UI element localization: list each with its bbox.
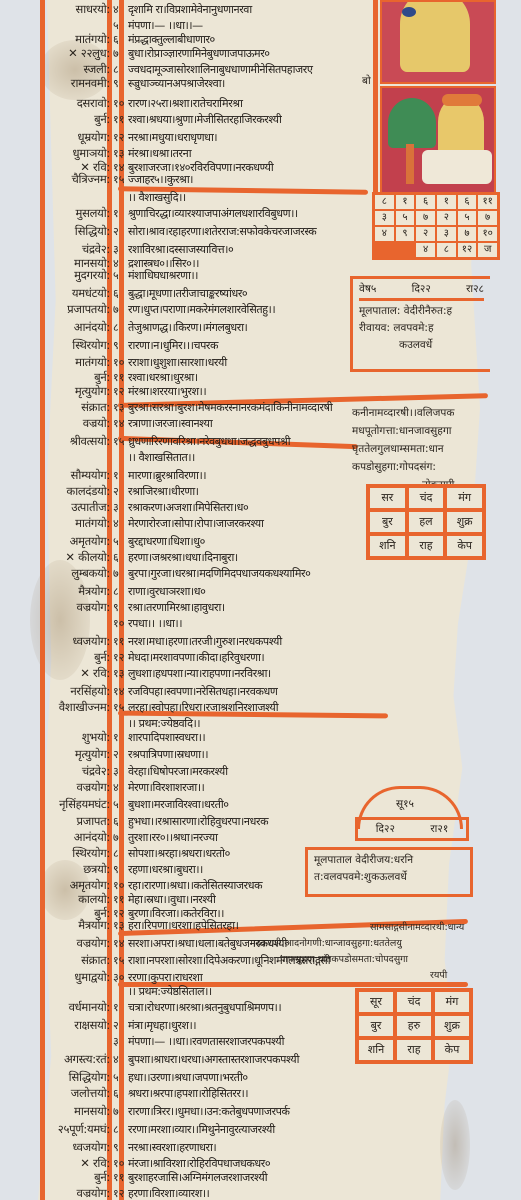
annotation-line: रयपी [250, 968, 465, 984]
yoga-label: रामनवमी: [71, 76, 110, 91]
day-number: १० [113, 96, 124, 111]
grid-cell: ११ [478, 195, 497, 209]
manuscript-line: राशा।नपरशा।सोरशा।दिपेअकरणा।धूनिशमंगलत्रस… [128, 953, 330, 968]
yoga-label: मृत्युयोग: [75, 747, 110, 762]
grid-cell: ४ [416, 243, 435, 257]
grid-cell: शनि [359, 1040, 393, 1060]
day-number: ८ [113, 1122, 119, 1137]
day-number: ९ [113, 1140, 119, 1155]
manuscript-line: मंपणा।— ।।धा।।रवणतासरशाजरपकपश्यी [128, 1034, 284, 1049]
manuscript-line: मंरश्रा।शररया।भुरश।। [128, 384, 206, 399]
grid-cell: ६ [458, 195, 477, 209]
manuscript-line: रश्रपात्रिपणा।स्रधणा।। [128, 747, 208, 762]
day-number: १० [113, 1156, 124, 1171]
yoga-label: राक्षसयो: [74, 1018, 110, 1033]
yoga-label: जलोत्तयो: [71, 1086, 110, 1101]
manuscript-line: ।। प्रथम:ज्येष्ठसिताल।। [128, 984, 212, 999]
day-number: ५ [113, 18, 119, 33]
yoga-label: वज्रयोग: [77, 600, 110, 615]
manuscript-line: रश्राकरण।अजशा।मिपेसितरा।ध० [128, 500, 248, 515]
manuscript-line: मेरणारोरजा।सोपा।रोपा।जाजरकरश्या [128, 516, 264, 531]
manuscript-line: मारणा।ब्रुरश्राविरणा।। [128, 468, 206, 483]
day-number: १ [113, 1000, 119, 1015]
right-annotation-lower: सामसाद्गसीनामव्दारथी:धान्य मदकरणी:आदनोगण… [250, 920, 465, 984]
yoga-label: चंद्रवे२: [82, 764, 110, 779]
grid-cell: ७ [416, 211, 435, 225]
manuscript-line: मंत्रा।मृधहा।धुरश।। [128, 1018, 196, 1033]
day-number: ३ [113, 242, 119, 257]
day-number: ३ [113, 1034, 119, 1049]
day-number: १४ [113, 416, 124, 431]
day-number: २ [113, 747, 119, 762]
yoga-label: वज्रयोग: [77, 1186, 110, 1200]
yoga-label: धूम्रयोग: [78, 130, 110, 145]
grid-cell: चंद [397, 992, 431, 1012]
day-number: ६ [113, 286, 119, 301]
yoga-label: ✕ कीलयो: [65, 550, 110, 565]
grid-cell: ७ [478, 211, 497, 225]
grid-cell: राह [397, 1040, 431, 1060]
yoga-label: मैत्रयोग: [78, 584, 110, 599]
annotation-line: घृततेलगुलधाम्समता:धान [352, 440, 484, 458]
yoga-label: उत्पातीज: [71, 500, 110, 515]
day-number: १३ [113, 146, 124, 161]
day-number: ३ [113, 500, 119, 515]
grid-cell: ६ [416, 195, 435, 209]
grid-cell: ८ [437, 243, 456, 257]
day-number: १ [113, 730, 119, 745]
manuscript-line: हरा।रिपणा।धरशा।हपेसितरहा। [128, 918, 239, 933]
day-number: ७ [113, 46, 119, 61]
manuscript-line: हुभधा।।रश्रासारणा।रोहिवुधरपा।नधरक [128, 814, 268, 829]
yoga-label: स्थिरयोग: [72, 338, 110, 353]
grid-cell: मंग [447, 488, 482, 508]
manuscript-line: हरणा।विरशा।व्यारश।। [128, 1186, 209, 1200]
grid-cell: ८ [375, 195, 394, 209]
day-number: १५ [113, 700, 124, 715]
yoga-label: २५पूर्ण:यमघं: [58, 1122, 110, 1137]
manuscript-line: लरहा।स्वोपहा।रिधरा।रजाश्रशनिरशाजश्यी [128, 700, 278, 715]
yoga-label: मातंगयो: [75, 355, 110, 370]
day-number: १० [113, 878, 124, 893]
day-number: ७ [113, 830, 119, 845]
yoga-label: सिद्धियो: [75, 224, 110, 239]
day-number: ५ [113, 1070, 119, 1085]
yoga-label: ध्वजयोग: [73, 634, 110, 649]
manuscript-line: ज्जाहर५।।कुरश्रा। [128, 172, 193, 187]
yoga-label: स्जली: [84, 62, 110, 77]
day-number: १५ [113, 953, 124, 968]
manuscript-line: ।। प्रथम:ज्येष्ठवदि।। [128, 716, 200, 731]
grid-cell: ३ [375, 211, 394, 225]
day-number: १४ [113, 684, 124, 699]
yoga-label: मैत्रयोग: [78, 918, 110, 933]
manuscript-line: श्रधरा।श्ररपा।हपशा।रोहिसितरर।। [128, 1086, 248, 1101]
manuscript-line: राणा।वुरधाञरशा।ध० [128, 584, 205, 599]
day-number: १ [113, 468, 119, 483]
dome-base: दि२२ रा२१ [355, 817, 469, 841]
manuscript-line: बुरश्रा।सरश्रा।बुरश।मेषमकरस्नानरकमंदाकिन… [128, 400, 332, 415]
manuscript-line: मंरजा।श्राविरशा।रोहिरविपधाजधकधर० [128, 1156, 270, 1171]
yoga-label: मुदगरयो: [74, 268, 110, 283]
manuscript-line: मेधदा।मरशावपणा।कीदा।हरिवुधरणा। [128, 650, 264, 665]
grid-cell: राह [409, 536, 444, 556]
manuscript-line: मेरणा।विरशाशरजा।। [128, 780, 204, 795]
manuscript-line: बुधा।रोप्राञ्ज्ञारणामिनेबुधणाजपाऊमर० [128, 46, 270, 61]
day-number: १३ [113, 400, 124, 415]
yoga-label: संक्रात: [81, 400, 110, 415]
dome-top-label: सू१५ [396, 797, 414, 811]
day-number: ६ [113, 1086, 119, 1101]
box-line: त:वलवपवमे:शुकऊलवर्धे [314, 869, 464, 886]
manuscript-line: तुरशा।रर०।।श्रधा।नरज्या [128, 830, 218, 845]
painting-frame-rule [373, 0, 378, 195]
grid-cell: सर [370, 488, 405, 508]
day-number: ११ [113, 634, 124, 649]
day-number: ५ [113, 797, 119, 812]
day-number: २ [113, 1018, 119, 1033]
grid-cell: ७ [458, 227, 477, 241]
yoga-label: ✕ २२लुध: [68, 46, 110, 61]
manuscript-line: ध्रुधणारिरणावरिश्रा।नरेवबुधधा।जद्धवबुधपश… [128, 434, 290, 449]
yoga-label: संक्रात: [81, 953, 110, 968]
miniature-painting-top [380, 0, 496, 84]
day-number: ४ [113, 516, 119, 531]
manuscript-line: रारण।२५रा।श्रशा।रातेचरामिरश्रा [128, 96, 243, 111]
dome-right-label: रा२१ [430, 822, 448, 836]
day-number: २ [113, 484, 119, 499]
day-number: ४ [113, 780, 119, 795]
grid-cell: २ [416, 227, 435, 241]
day-number: ९ [113, 338, 119, 353]
yoga-label: नृसिंहयमघंट: [59, 797, 110, 812]
yoga-label: साधरयो: [75, 2, 110, 17]
day-number: ५ [113, 268, 119, 283]
annotation-line: सामसाद्गसीनामव्दारथी:धान्य [250, 920, 465, 936]
day-number: ६ [113, 550, 119, 565]
day-number: २ [113, 224, 119, 239]
annotation-box-lower: मूलपाताल वेदीरीजय:धरनि त:वलवपवमे:शुकऊलवर… [305, 847, 473, 897]
grid-cell: मंग [435, 992, 469, 1012]
yoga-label: वर्धमानयो: [69, 1000, 110, 1015]
dome-left-label: दि२२ [376, 822, 395, 836]
grid-cell: ९ [396, 227, 415, 241]
yoga-label: शुभयो: [82, 730, 110, 745]
manuscript-line: रारणा।न।धुमिर।।।चपरक [128, 338, 218, 353]
grid-cell: ५ [458, 211, 477, 225]
day-number: ४ [113, 2, 119, 17]
day-number: १३ [113, 918, 124, 933]
grid-cell: १ [437, 195, 456, 209]
manuscript-line: रश्राजिरश्रा।धीरणा। [128, 484, 199, 499]
day-number: ११ [113, 892, 124, 907]
grid-cell [396, 243, 415, 257]
yoga-label: वज्रयोग: [77, 780, 110, 795]
day-number: १२ [113, 1186, 124, 1200]
day-number: ६ [113, 32, 119, 47]
yoga-label: सौम्ययोग: [71, 468, 110, 483]
grid-cell: शुक्र [435, 1016, 469, 1036]
manuscript-line: ।। वैशाखसितात।। [128, 450, 195, 465]
grid-cell: बुर [359, 1016, 393, 1036]
yoga-label: मातंगयो: [75, 516, 110, 531]
day-number: १३ [113, 666, 124, 681]
day-number: ३० [113, 970, 124, 985]
yoga-label: दसरावो: [77, 96, 110, 111]
grid-cell [375, 243, 394, 257]
yoga-label: ✕ रवि: [80, 666, 110, 681]
annotation-line: कनीनामव्दारषी।।वलिजपक [352, 404, 484, 422]
box-line: मूलपाताल: वेदीरीनैरुत:ह [359, 303, 484, 320]
yoga-label: नरसिंहयो: [70, 684, 110, 699]
grid-cell: ४ [375, 227, 394, 241]
manuscript-line: चत्रा।रोधरणा।श्ररश्रा।श्रतनुबुधपाश्रिमणप… [128, 1000, 281, 1015]
yoga-label: अमृतयोग: [70, 878, 110, 893]
grid-cell: हरु [397, 1016, 431, 1036]
manuscript-line: ज्वधदामूञ्जासोरशालिनाबुधधाणामीनेसितपहाजर… [128, 62, 313, 77]
grid-cell: केप [447, 536, 482, 556]
grid-cell: १ [396, 195, 415, 209]
manuscript-line: रजविपहा।स्वपणा।नरेसितधहा।नरवकधण [128, 684, 277, 699]
miniature-painting-figure [380, 86, 496, 194]
day-number: ११ [113, 112, 124, 127]
yoga-label: मातंगयो: [75, 32, 110, 47]
yoga-label: प्रजापतयो: [67, 302, 110, 317]
yoga-label: सिद्धियोग: [69, 1070, 110, 1085]
manuscript-line: मंपणा।— ।।धा।।— [128, 18, 203, 33]
manuscript-line: रहणा।धरश्रा।बुधरा।। [128, 862, 203, 877]
day-number: १२ [113, 130, 124, 145]
box-header-cell: रा२८ [466, 281, 484, 298]
yoga-label: मुसलयो: [76, 206, 110, 221]
yoga-label: छत्रयो: [83, 862, 110, 877]
grid-cell: ज [478, 243, 497, 257]
manuscript-line: दृशामि रा।विप्रशामेवेनानुधणानरवा [128, 2, 252, 17]
day-number: ६ [113, 814, 119, 829]
manuscript-line: बुद्धा।मूधणा।तरीजाचाङ्करष्यांधर० [128, 286, 247, 301]
day-number: १ [113, 206, 119, 221]
manuscript-line: बुपशा।श्राधरा।धरधा।अगस्तास्तरशाजरपकपश्यी [128, 1052, 299, 1067]
day-number: ७ [113, 566, 119, 581]
manuscript-line: तेजुश्राणद्ध।।किरण।।मंगलबुधरा। [128, 320, 247, 335]
grid-cell: १२ [458, 243, 477, 257]
grid-cell: शनि [370, 536, 405, 556]
manuscript-line: सरशा।अपरा।श्रधा।धला।बतेबुधजनरकधश्यी [128, 936, 287, 951]
yoga-label: चंद्रवे२: [82, 242, 110, 257]
manuscript-line: मंशाधिघधाश्ररणा।। [128, 268, 198, 283]
yoga-label: बुर्न: [94, 370, 110, 385]
day-number: ९ [113, 76, 119, 91]
day-number: ८ [113, 320, 119, 335]
yoga-label: बुर्न: [94, 650, 110, 665]
manuscript-line: बुरद्दाधरणा।धिशा।धु० [128, 534, 205, 549]
day-number: ९ [113, 862, 119, 877]
manuscript-line: रत्राणा।जरजा।स्वानश्या [128, 416, 212, 431]
grid-cell: चंद [409, 488, 444, 508]
grid-cell: ५ [396, 211, 415, 225]
yoga-label: श्रीवत्सयो: [70, 434, 110, 449]
grid-cell: ३ [437, 227, 456, 241]
stain [440, 1100, 470, 1190]
box-line: कउलवर्धे [359, 337, 484, 354]
manuscript-line: रश्रा।तरणामिरश्रा।हावुधरा। [128, 600, 225, 615]
yoga-label: ✕ रवि: [80, 1156, 110, 1171]
yoga-label: मृत्युयोग: [75, 384, 110, 399]
manuscript-line: हधा।।उरणा।श्रधा।जपणा।भरती० [128, 1070, 248, 1085]
manuscript-line: मंरश्रा।धश्रा।तरना [128, 146, 191, 161]
yoga-label: अमृतयोग: [70, 534, 110, 549]
annotation-line: कपडोसुहगा:गोपदसंग: [352, 458, 484, 476]
grid-cell: केप [435, 1040, 469, 1060]
manuscript-line: मंप्रद्धाक्तुल्लाबीधाणार० [128, 32, 215, 47]
yoga-label: चैत्रिज्नम: [71, 172, 110, 187]
manuscript-line: वेरहा।धिषोपरजा।मरकरश्यी [128, 764, 228, 779]
day-number: ८ [113, 584, 119, 599]
left-margin-rule [40, 0, 45, 1200]
box-header-cell: वेष५ [359, 281, 376, 298]
planet-grid-upper: सर चंद मंग बुर हल शुक्र शनि राह केप [366, 484, 486, 560]
day-number: ४ [113, 1052, 119, 1067]
yoga-label: वज्रयोग: [77, 936, 110, 951]
yoga-label: बुर्न: [94, 112, 110, 127]
yoga-label: यमधंटयो: [72, 286, 110, 301]
day-number: ७ [113, 302, 119, 317]
day-number: ५ [113, 534, 119, 549]
day-number: १५ [113, 434, 124, 449]
annotation-line: मधपूतोगत्ता:धानजावसुहगा [352, 422, 484, 440]
manuscript-line: रराशा।धुशुशा।सारशा।धरयी [128, 355, 227, 370]
manuscript-line: स्ज्रुधाञ्च्यानअपश्राजेरश्वा। [128, 76, 225, 91]
manuscript-line: रश्वा।धरश्रा।धुरश्रा। [128, 370, 198, 385]
day-number: १४ [113, 936, 124, 951]
manuscript-line: रश्वा।श्रधया।श्रुणा।मेजीसितरहाजिरकरश्यी [128, 112, 282, 127]
day-number: १० [113, 355, 124, 370]
manuscript-line: बुरशाहरजासि।अग्निमंगलजरशाजरश्यी [128, 1170, 267, 1185]
day-number: ७ [113, 1104, 119, 1119]
yoga-label: वैशाखीज्नम: [59, 700, 110, 715]
day-number: ११ [113, 1170, 124, 1185]
manuscript-line: नरश्रा।स्वरशा।हरणाधरा। [128, 1140, 216, 1155]
manuscript-line: बुधशा।मरजाविरश्वा।धरती० [128, 797, 229, 812]
annotation-box-upper: वेष५ दि२२ रा२८ मूलपाताल: वेदीरीनैरुत:ह र… [350, 276, 490, 372]
day-number: ९ [113, 600, 119, 615]
yoga-label: आनंदयो: [74, 830, 110, 845]
grid-cell: २ [437, 211, 456, 225]
right-annotation-mid: कनीनामव्दारषी।।वलिजपक मधपूतोगत्ता:धानजाव… [352, 404, 484, 494]
manuscript-line: मेहा।स्रधा।।वुधा।।नरश्यी [128, 892, 216, 907]
day-number: १२ [113, 650, 124, 665]
planet-grid-lower: सूर चंद मंग बुर हरु शुक्र शनि राह केप [355, 988, 473, 1064]
yoga-label: वज्रयो: [83, 416, 110, 431]
manuscript-line: ररणा।कुपरा।राधरशा [128, 970, 202, 985]
manuscript-line: रशाविरश्रा।दस्साजस्यावित्त।० [128, 242, 233, 257]
day-number: १० [113, 616, 124, 631]
manuscript-line: लुधशा।हधपशा।न्या।राहपणा।नरविरश्रा। [128, 666, 271, 681]
day-number: १५ [113, 172, 124, 187]
yoga-label: कालयो: [78, 892, 110, 907]
manuscript-line: श्रुणाचिरद्धा।व्यारश्याजपाअंगलधशारविबुधण… [128, 206, 298, 221]
manuscript-line: हरणा।जश्ररश्रा।धधा।दिनाबुरा। [128, 550, 238, 565]
grid-cell: शुक्र [447, 512, 482, 532]
box-header-cell: दि२२ [412, 281, 431, 298]
yoga-label: कालदंडयो: [66, 484, 110, 499]
day-number: ११ [113, 370, 124, 385]
manuscript-line: सोरा।श्राव।रहाहरणा।शतेरराज:सफोवकेचरजाजरस… [128, 224, 316, 239]
manuscript-line: सोपशा।श्ररहा।श्रधरा।धरतो० [128, 846, 230, 861]
yoga-label: बुर्न: [94, 1170, 110, 1185]
manuscript-line: रपधा।। ।।धा।। [128, 616, 182, 631]
yoga-label: धुमाञयो: [73, 146, 110, 161]
box-line: रीवायव: लवपवमे:ह [359, 320, 484, 337]
yoga-label: मानसयो: [74, 1104, 110, 1119]
yoga-label: लुम्बकयो: [71, 566, 110, 581]
manuscript-line: रहा।रारणा।श्रधा।।कतेसितस्याजरधक [128, 878, 262, 893]
manuscript-line: ररणा।मरशा।व्यार।।मिथुनेनावुरत्याजरश्यी [128, 1122, 275, 1137]
yoga-label: प्रजापत: [76, 814, 110, 829]
yoga-label: अगस्त्य:रतं: [64, 1052, 110, 1067]
yoga-label: धुमाद्वयो: [74, 970, 110, 985]
manuscript-line: नरश।मधा।हरणा।तरजी।गुरुश।नरधकपश्यी [128, 634, 282, 649]
grid-cell: १० [478, 227, 497, 241]
box-line: मूलपाताल वेदीरीजय:धरनि [314, 852, 464, 869]
yoga-label: स्थिरयोग: [72, 846, 110, 861]
manuscript-line: ।। वैशाखसुदि।। [128, 190, 186, 205]
day-number: ८ [113, 62, 119, 77]
manuscript-line: रण।धुप्त।पराणा।मकरेमंगलशारवेसितहु।। [128, 302, 275, 317]
day-number: ८ [113, 846, 119, 861]
number-grid: ८ १ ६ १ ६ ११ ३ ५ ७ २ ५ ७ ४ ९ २ ३ ७ १० ४ … [372, 192, 500, 260]
day-number: १२ [113, 384, 124, 399]
grid-cell: बुर [370, 512, 405, 532]
yoga-label: आनंदयो: [74, 320, 110, 335]
manuscript-line: रारणा।त्रिरर।।धुमधा।।उन:कतेबुधपणाजरपर्क [128, 1104, 290, 1119]
day-number: ३ [113, 764, 119, 779]
yoga-label: ध्वजयोग: [73, 1140, 110, 1155]
marginal-note: बो [362, 72, 371, 90]
manuscript-line: नरश्रा।मधुया।धराधृणधा। [128, 130, 217, 145]
manuscript-line: बुरपा।गुरजा।धरश्रा।मदणिमिदपधाजयकधश्यामिर… [128, 566, 310, 581]
manuscript-line: शारपादिपशास्वधरा।। [128, 730, 205, 745]
grid-cell: हल [409, 512, 444, 532]
grid-cell: सूर [359, 992, 393, 1012]
